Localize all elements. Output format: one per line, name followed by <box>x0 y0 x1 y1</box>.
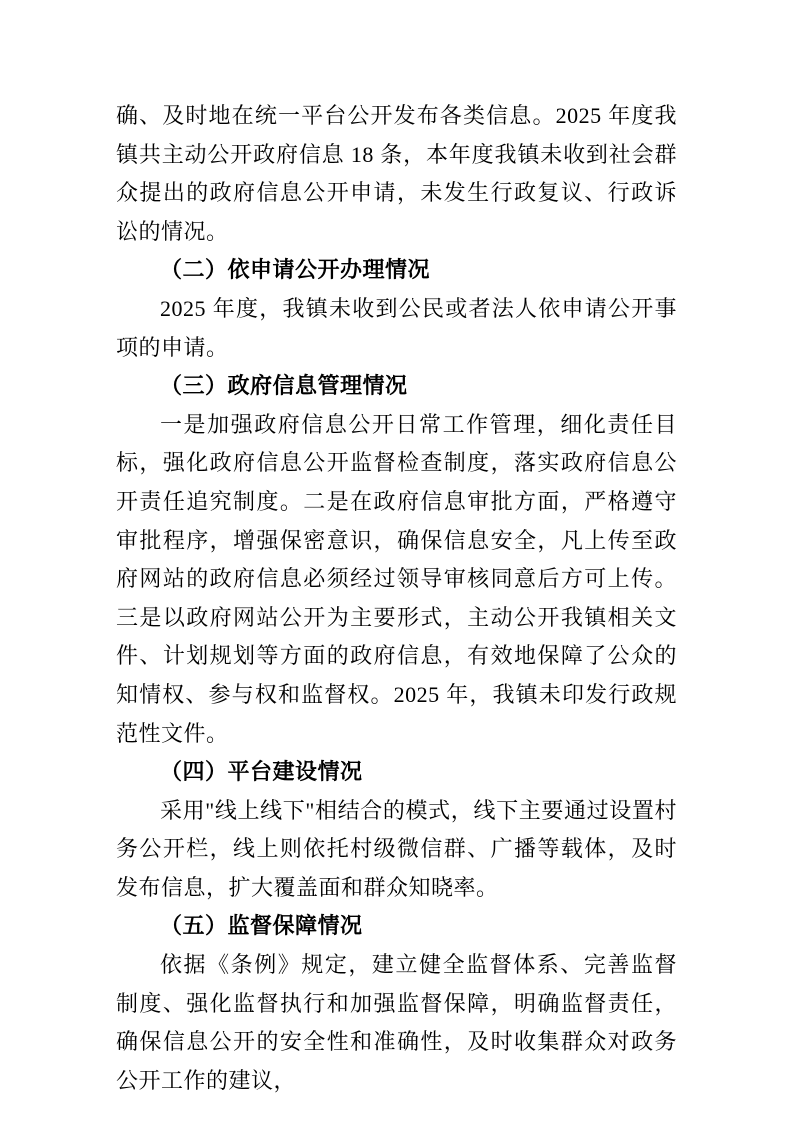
paragraph-section-5-supervision-guarantee: 依据《条例》规定，建立健全监督体系、完善监督制度、强化监督执行和加强监督保障，明… <box>116 946 677 1100</box>
paragraph-proactive-disclosure-continuation: 确、及时地在统一平台公开发布各类信息。2025 年度我镇共主动公开政府信息 18… <box>116 97 677 251</box>
document-page: 确、及时地在统一平台公开发布各类信息。2025 年度我镇共主动公开政府信息 18… <box>0 0 793 1122</box>
paragraph-section-2-application-disclosure: 2025 年度，我镇未收到公民或者法人依申请公开事项的申请。 <box>116 290 677 367</box>
paragraph-section-3-information-management: 一是加强政府信息公开日常工作管理，细化责任目标，强化政府信息公开监督检查制度，落… <box>116 406 677 753</box>
heading-section-5-supervision-guarantee: （五）监督保障情况 <box>116 907 677 946</box>
heading-section-4-platform-construction: （四）平台建设情况 <box>116 753 677 792</box>
heading-section-3-information-management: （三）政府信息管理情况 <box>116 367 677 406</box>
heading-section-2-application-disclosure: （二）依申请公开办理情况 <box>116 251 677 290</box>
paragraph-section-4-platform-construction: 采用"线上线下"相结合的模式，线下主要通过设置村务公开栏，线上则依托村级微信群、… <box>116 792 677 908</box>
